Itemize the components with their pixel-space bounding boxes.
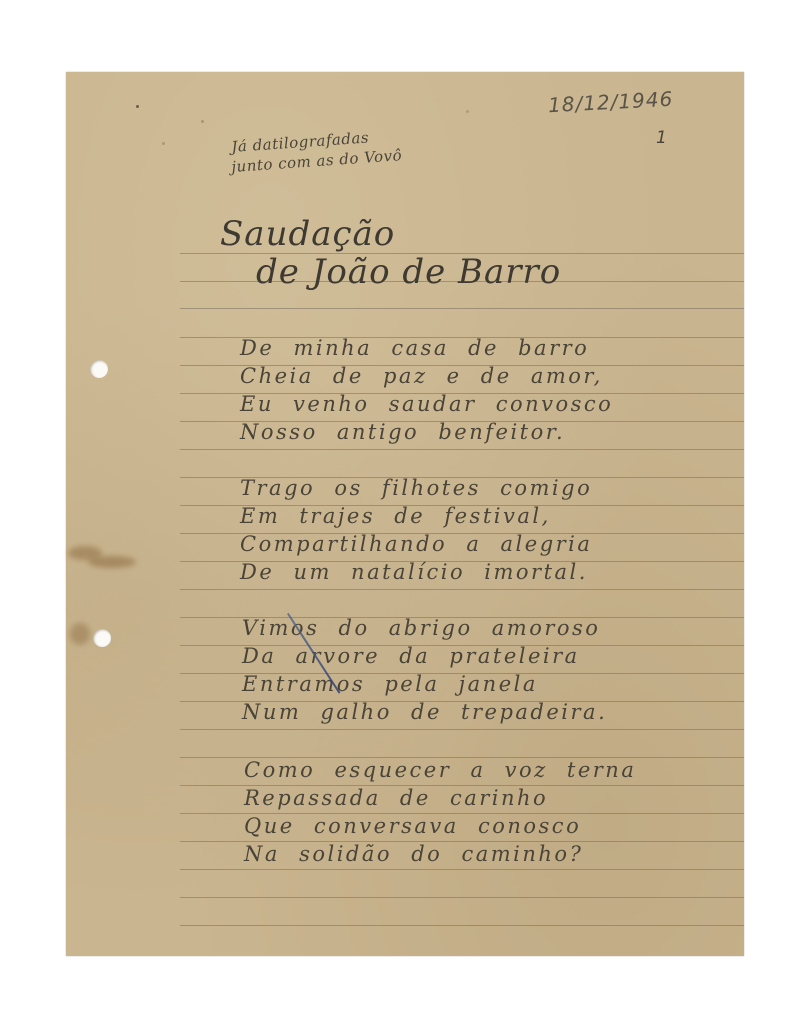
rust-stain (70, 623, 90, 645)
ruled-line (180, 589, 744, 590)
speck (201, 120, 204, 123)
verse-line: Repassada de carinho (244, 784, 636, 812)
poem-title-line-1: Saudação (220, 214, 395, 254)
stanza-1: De minha casa de barro Cheia de paz e de… (240, 334, 613, 446)
speck (162, 142, 165, 145)
stanza-2: Trago os filhotes comigo Em trajes de fe… (240, 474, 592, 586)
ruled-line (180, 925, 744, 926)
verse-line: Nosso antigo benfeitor. (240, 418, 613, 446)
page-number: 1 (656, 128, 667, 148)
verse-line: Em trajes de festival, (240, 502, 592, 530)
verse-line: Entramos pela janela (242, 670, 607, 698)
punch-hole-top (90, 360, 108, 378)
verse-line: Como esquecer a voz terna (244, 756, 636, 784)
punch-hole-bottom (93, 629, 111, 647)
verse-line: De minha casa de barro (240, 334, 613, 362)
verse-line: Na solidão do caminho? (244, 840, 636, 868)
verse-line: Que conversava conosco (244, 812, 636, 840)
verse-line: Da arvore da prateleira (242, 642, 607, 670)
stanza-3: Vimos do abrigo amoroso Da arvore da pra… (242, 614, 607, 726)
verse-line: Eu venho saudar convosco (240, 390, 613, 418)
ruled-line (180, 308, 744, 309)
ruled-line (180, 869, 744, 870)
speck (466, 110, 469, 113)
verse-line: Compartilhando a alegria (240, 530, 592, 558)
ruled-line (180, 729, 744, 730)
verse-line: Cheia de paz e de amor, (240, 362, 613, 390)
ruled-line (180, 449, 744, 450)
verse-line: Trago os filhotes comigo (240, 474, 592, 502)
ruled-line (180, 897, 744, 898)
verse-line: Num galho de trepadeira. (242, 698, 607, 726)
poem-title-line-2: de João de Barro (256, 252, 561, 292)
speck (136, 105, 139, 108)
rust-stain (88, 556, 136, 568)
stanza-4: Como esquecer a voz terna Repassada de c… (244, 756, 636, 868)
verse-line: De um natalício imortal. (240, 558, 592, 586)
